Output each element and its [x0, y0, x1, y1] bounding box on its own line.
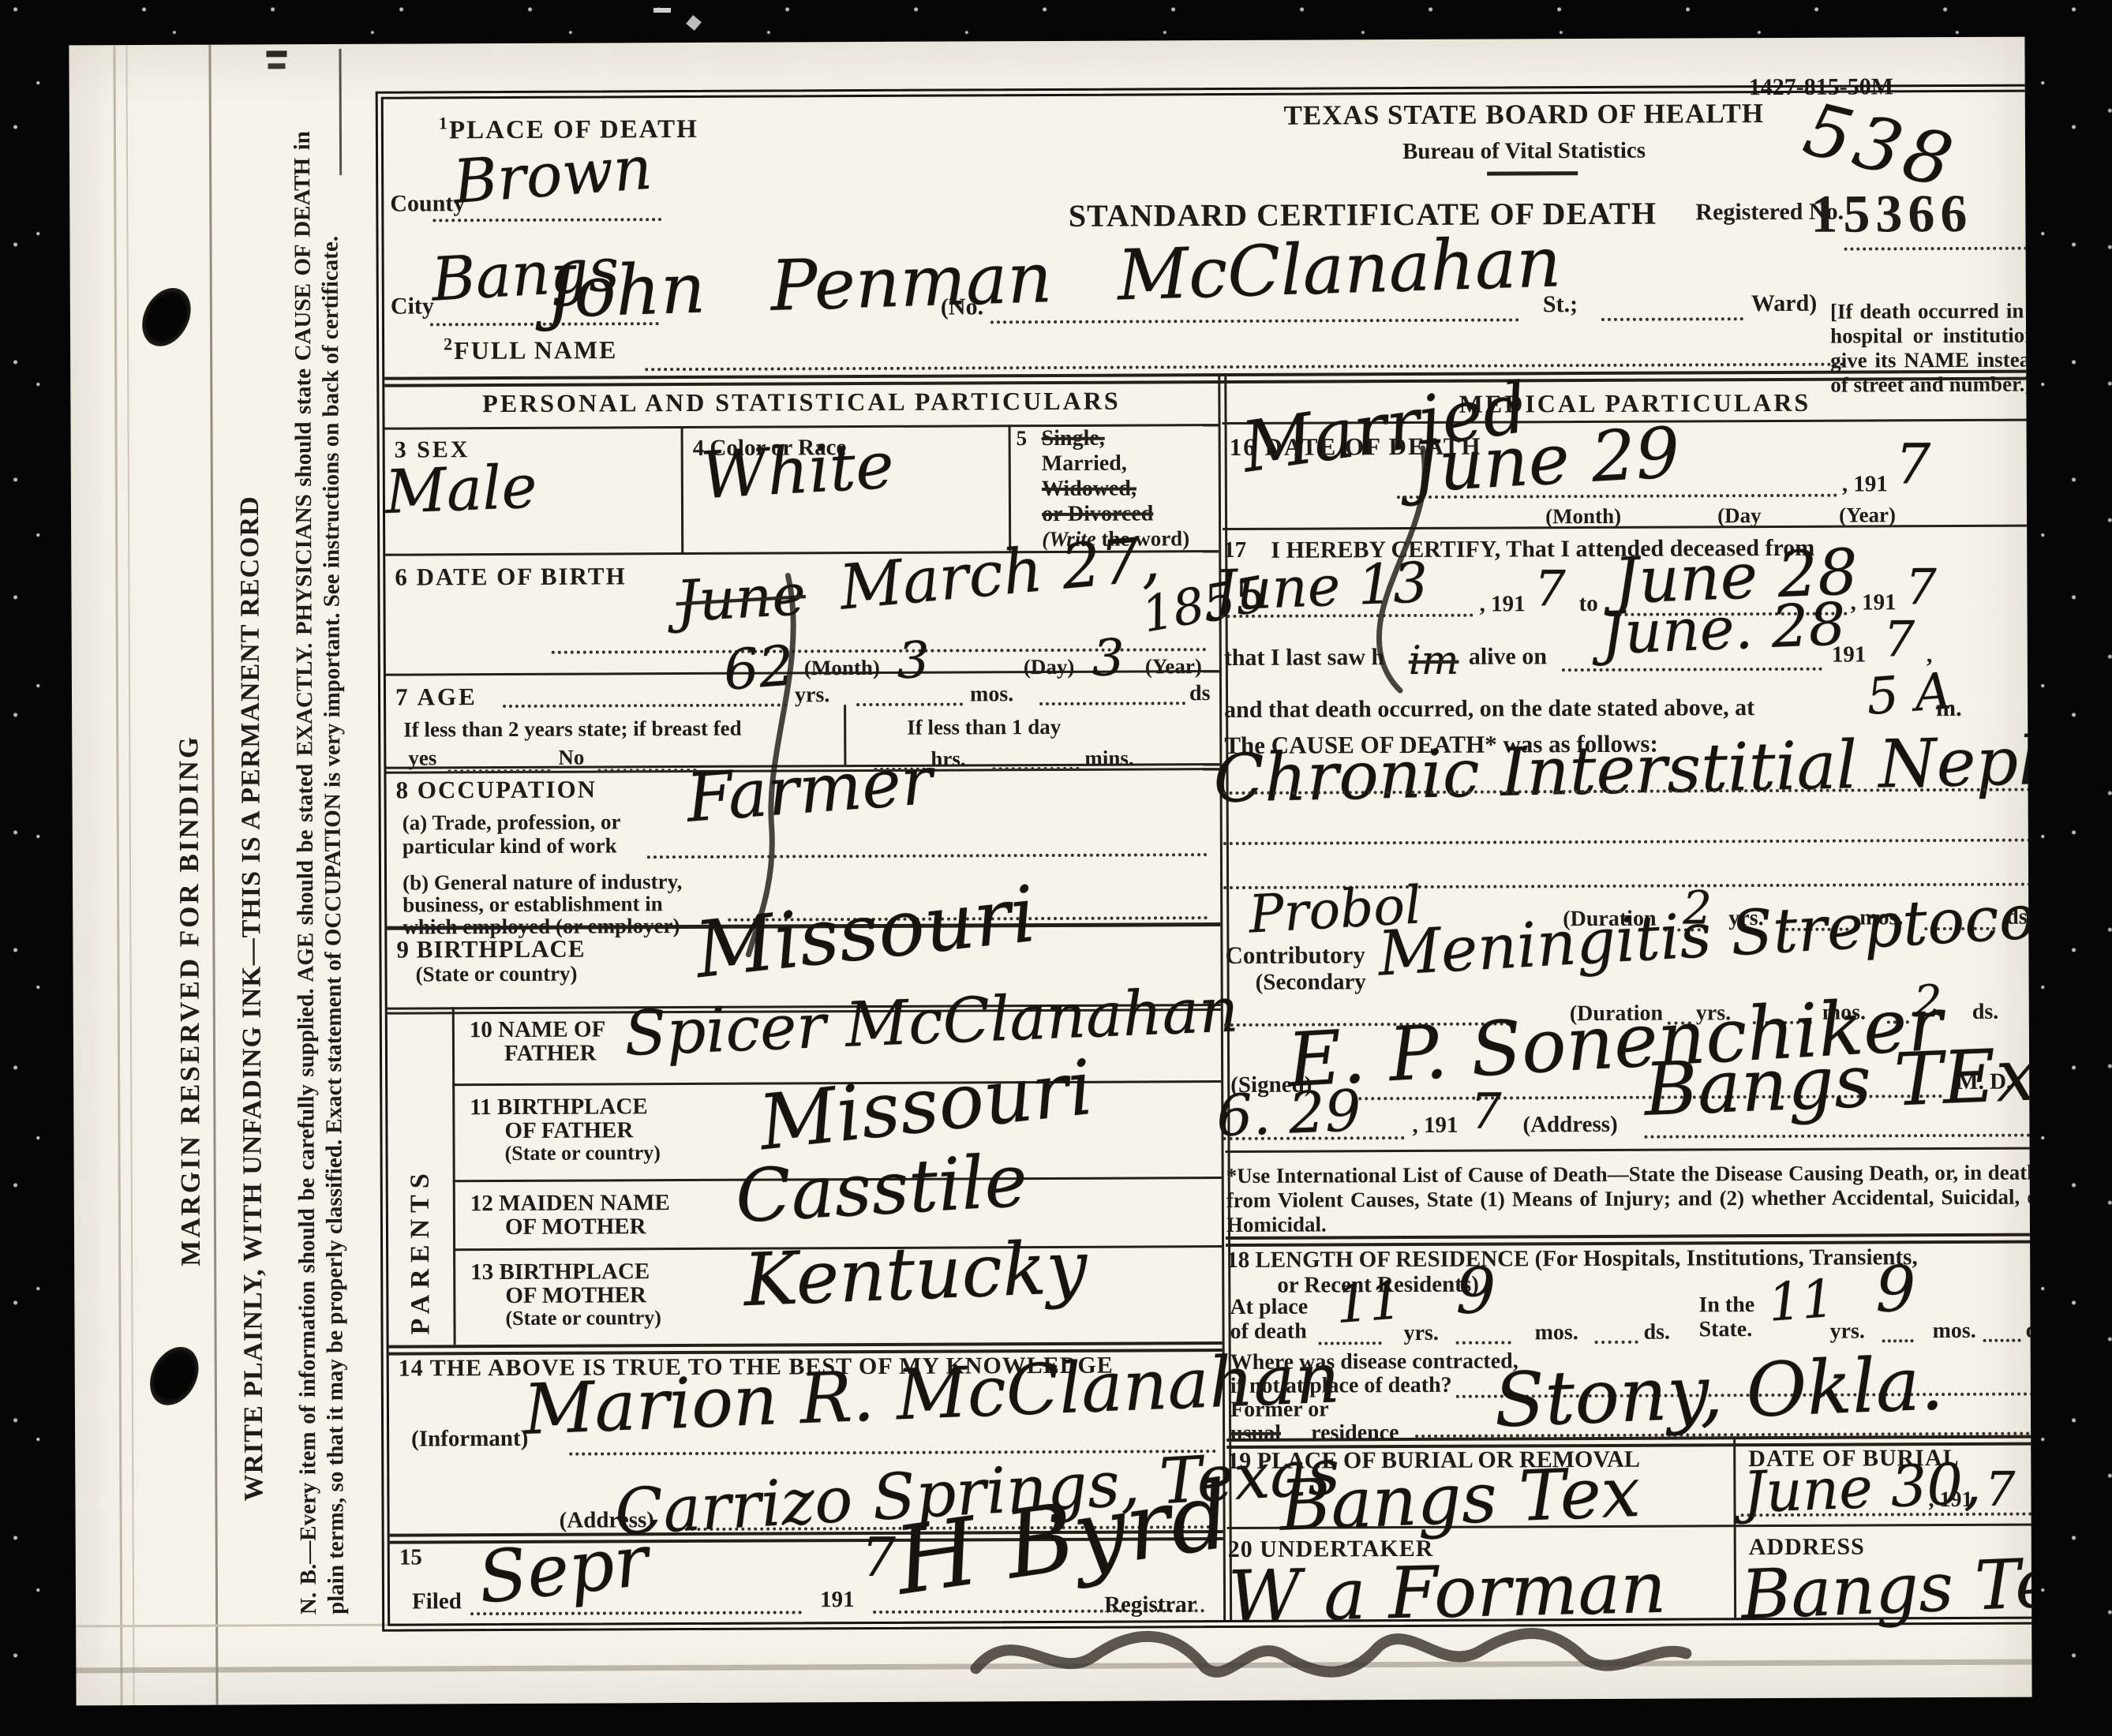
contracted-label-line2: if not at place of death?	[1230, 1373, 1452, 1399]
certify-from-year-hw: 7	[1534, 559, 1566, 617]
father-birthplace-hint: (State or country)	[504, 1141, 661, 1165]
res-dotted	[1456, 1341, 1511, 1344]
mother-birthplace-hint: (State or country)	[505, 1306, 661, 1330]
age-ds-label: ds	[1189, 681, 1211, 706]
m-label: m.	[1936, 695, 1962, 722]
mother-birthplace-label-line2: OF MOTHER	[505, 1282, 646, 1309]
bureau-underline	[1487, 171, 1578, 176]
filed-year-printed: 191	[820, 1587, 855, 1613]
marital-num: 5	[1017, 426, 1028, 451]
scanned-death-certificate: MARGIN RESERVED FOR BINDING WRITE PLAINL…	[0, 0, 2112, 1736]
county-value: Brown	[451, 133, 654, 217]
father-birthplace-label-line1: 11 BIRTHPLACE	[470, 1094, 648, 1121]
margin-binding-text: MARGIN RESERVED FOR BINDING	[173, 735, 207, 1266]
filed-label: Filed	[412, 1588, 462, 1614]
state-label: State.	[1698, 1317, 1752, 1342]
hrs-label: hrs.	[931, 746, 965, 771]
breastfed-no-label: No	[558, 746, 584, 770]
certify-from-value: June 13	[1213, 550, 1429, 623]
mins-label: mins.	[1084, 746, 1133, 771]
dob-day-hint: (Day)	[1024, 655, 1075, 679]
certificate-paper: MARGIN RESERVED FOR BINDING WRITE PLAINL…	[69, 37, 2031, 1706]
certify-him-struck: im	[1409, 638, 1459, 683]
duration2-ds-label: ds.	[1972, 1000, 1999, 1025]
informant-hint: (Informant)	[411, 1426, 528, 1453]
less-than-1-label: If less than 1 day	[907, 715, 1061, 740]
occupation-a-line1: (a) Trade, profession, or	[403, 810, 621, 835]
state-mos-value: 9	[1875, 1252, 1915, 1326]
fullname-num: 2	[444, 334, 454, 354]
age-years-value: 62	[721, 633, 796, 702]
mother-birthplace-label-line1: 13 BIRTHPLACE	[470, 1259, 650, 1285]
filed-year-handwritten: 7	[862, 1527, 897, 1589]
former-usual-struck: usual	[1230, 1421, 1281, 1446]
race-value: White	[698, 428, 896, 514]
dod-day-hint: (Day	[1717, 503, 1762, 528]
dob-label: 6 DATE OF BIRTH	[395, 562, 626, 591]
certify-from-year-printed: , 191	[1479, 591, 1525, 617]
header-divider	[384, 369, 2031, 387]
res-dotted	[1595, 1341, 1638, 1344]
contributory-label: Contributory	[1225, 941, 1365, 970]
binder-mark	[266, 51, 286, 57]
at-place-mos-label: mos.	[1534, 1320, 1578, 1345]
page-stack-edge	[113, 45, 122, 1705]
city-label: City	[391, 293, 434, 320]
certify-to-label: to	[1578, 591, 1597, 617]
cause-footnote: *Use International List of Cause of Deat…	[1226, 1160, 2032, 1237]
father-name-label-line1: 10 NAME OF	[470, 1016, 606, 1043]
mins-dotted	[992, 767, 1079, 770]
mother-maiden-value: Casstile	[733, 1139, 1029, 1240]
dob-year-hint: (Year)	[1145, 654, 1202, 679]
no-dotted	[597, 769, 696, 773]
former-label-line1: Former or	[1230, 1397, 1329, 1423]
at-place-yrs-value: 11	[1334, 1270, 1404, 1335]
occupation-label: 8 OCCUPATION	[395, 776, 597, 805]
personal-section-title: PERSONAL AND STATISTICAL PARTICULARS	[406, 386, 1196, 418]
bureau-subtitle: Bureau of Vital Statistics	[1240, 137, 1808, 166]
state-yrs-value: 11	[1766, 1268, 1837, 1334]
in-the-label: In the	[1698, 1293, 1754, 1318]
mother-birthplace-value: Kentucky	[742, 1225, 1088, 1323]
signdate-dotted	[1223, 1136, 1404, 1140]
sex-value: Male	[384, 451, 538, 527]
rule	[1226, 1147, 2032, 1153]
less-than-2-label: If less than 2 years state; if breast fe…	[403, 716, 742, 743]
res-dotted	[1319, 1341, 1382, 1345]
occupation-a-dotted	[647, 853, 1208, 859]
marital-option-single: Single,	[1042, 426, 1105, 451]
res-dotted	[1983, 1339, 2021, 1342]
parents-label: PARENTS	[406, 1167, 436, 1334]
filed-month-value: Sepr	[474, 1519, 653, 1620]
dod-year-handwritten: 7	[1896, 432, 1931, 496]
burial-year-printed: , 191	[1928, 1487, 1972, 1513]
age-label: 7 AGE	[395, 683, 477, 711]
age-mos-label: mos.	[970, 682, 1013, 707]
mother-maiden-label-line2: OF MOTHER	[505, 1214, 646, 1240]
margin-permanent-text: WRITE PLAINLY, WITH UNFADING INK—THIS IS…	[235, 496, 270, 1501]
age-days-value: 3	[1092, 630, 1125, 688]
registered-dotted-line	[1844, 247, 2032, 251]
registrar-label: Registrar	[1104, 1592, 1197, 1618]
secondary-label: (Secondary	[1256, 969, 1366, 996]
contracted-label-line1: Where was disease contracted,	[1230, 1349, 1518, 1375]
at-place-label-line2: of death	[1230, 1319, 1306, 1345]
state-yrs-label: yrs.	[1829, 1319, 1864, 1345]
signaddr-dotted	[1644, 1134, 2031, 1139]
dod-year-hint: (Year)	[1839, 503, 1896, 527]
ward-label: Ward)	[1751, 290, 1817, 317]
birthplace-hint: (State or country)	[415, 962, 577, 987]
rule	[1223, 524, 2031, 530]
filed-num: 15	[399, 1544, 422, 1570]
film-mark	[653, 8, 671, 13]
dob-value: March 27,	[837, 524, 1163, 624]
punch-hole	[133, 279, 200, 354]
undertaker-value: W a Forman	[1227, 1547, 1667, 1639]
page-stack-edge	[208, 45, 218, 1705]
film-mark	[686, 15, 702, 31]
cause-dotted2	[1223, 839, 2032, 846]
state-ds-label: ds.	[2025, 1318, 2031, 1343]
signed-year-printed: , 191	[1412, 1113, 1458, 1139]
fullname-heading: 2FULL NAME	[444, 333, 618, 365]
dod-month-hint: (Month)	[1545, 504, 1621, 529]
board-title: TEXAS STATE BOARD OF HEALTH	[1240, 98, 1808, 132]
age-months-value: 3	[897, 632, 930, 690]
fullname-label: FULL NAME	[454, 335, 617, 365]
binder-mark	[268, 63, 286, 69]
rule	[681, 426, 684, 552]
date-of-death-value: June 29	[1409, 412, 1682, 508]
certify-line3: and that death occurred, on the date sta…	[1224, 694, 1754, 724]
burial-year-hw: 7	[1985, 1462, 2015, 1517]
marital-option-married: Married,	[1042, 451, 1127, 477]
at-place-ds-label: ds.	[1643, 1320, 1670, 1345]
ward-dotted-line	[1601, 317, 1743, 321]
occupation-a-line2: particular kind of work	[403, 833, 617, 859]
signed-address-value: Bangs TEx.	[1642, 1031, 2031, 1132]
fullname-value: John Penman McClanahan	[545, 221, 1562, 333]
county-dotted-line	[433, 218, 661, 222]
age-dotted	[856, 702, 963, 706]
former-residence-label: residence	[1311, 1420, 1399, 1446]
at-place-mos-value: 9	[1455, 1255, 1496, 1328]
undertaker-address-value: Bangs Tex	[1739, 1542, 2031, 1634]
signed-year-hw: 7	[1470, 1083, 1502, 1140]
page-stack-edge	[125, 45, 134, 1705]
fullname-dotted-line	[645, 363, 1844, 372]
breastfed-yes-label: yes	[408, 746, 436, 770]
certificate-title: STANDARD CERTIFICATE OF DEATH	[1062, 195, 1662, 234]
yes-dotted	[447, 769, 550, 773]
margin-nb-note: N. B.—Every item of information should b…	[289, 131, 350, 1614]
dod-year-printed: , 191	[1842, 471, 1888, 497]
certificate-form: 1PLACE OF DEATH County Brown City Bangs …	[376, 84, 2032, 1631]
certify-to-year-hw: 7	[1905, 558, 1937, 615]
at-place-yrs-label: yrs.	[1403, 1321, 1438, 1346]
certify-saw-dotted	[1562, 668, 1822, 672]
age-dotted	[1039, 702, 1185, 705]
at-place-label-line1: At place	[1230, 1295, 1308, 1320]
marital-option-widowed: Widowed,	[1042, 477, 1137, 503]
punch-hole	[140, 1338, 208, 1413]
place-of-death-num: 1	[439, 113, 449, 133]
no-dotted-line	[990, 318, 1519, 324]
rule	[1009, 425, 1012, 551]
signed-address-label: (Address)	[1522, 1112, 1617, 1139]
certify-saw-year-printed: 191	[1832, 642, 1867, 668]
burial-place-value: Bangs Tex	[1279, 1451, 1642, 1547]
father-birthplace-label-line2: OF FATHER	[504, 1117, 633, 1144]
rule	[452, 1007, 456, 1345]
age-yrs-label: yrs.	[795, 683, 829, 708]
birthplace-label: 9 BIRTHPLACE	[396, 935, 585, 964]
occupation-a-value: Farmer	[683, 742, 935, 837]
mother-maiden-label-line1: 12 MAIDEN NAME	[470, 1190, 670, 1217]
certify-line2-pre: that I last saw h	[1224, 644, 1385, 672]
margin-nb-text: N. B.—Every item of information should b…	[289, 131, 350, 1614]
certify-saw-year-hw: 7	[1884, 610, 1915, 668]
certify-line2-post: alive on	[1469, 643, 1547, 670]
father-name-label-line2: FATHER	[504, 1041, 597, 1068]
hospital-note: [If death occurred in a hospital or inst…	[1830, 299, 2032, 398]
marital-option-divorced: or Divorced	[1042, 501, 1153, 527]
certify-saw-value: June. 28	[1600, 590, 1847, 668]
former-residence-value: Stony, Okla.	[1492, 1341, 1945, 1444]
